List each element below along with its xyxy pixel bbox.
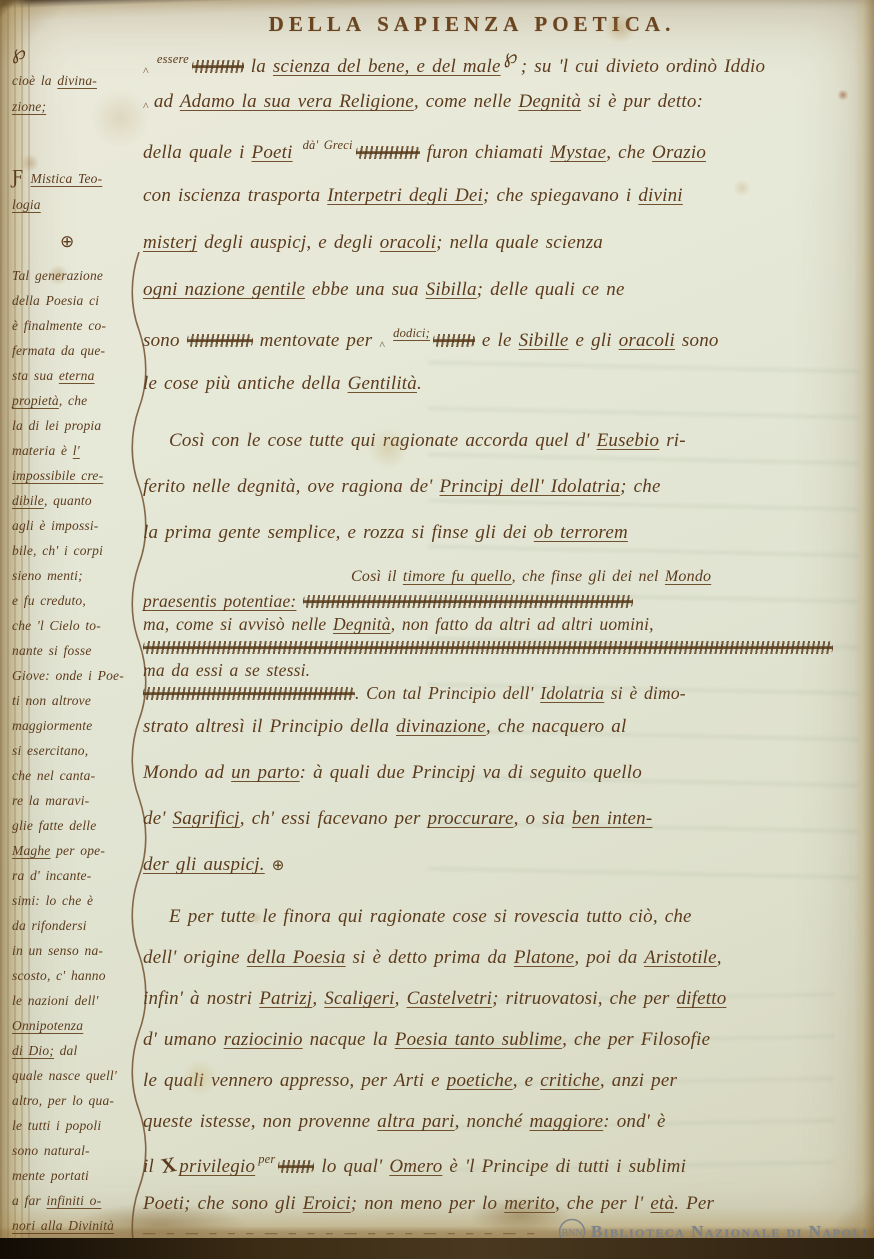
handwritten-text: e fu creduto,: [12, 593, 86, 608]
underlined-text: privilegio: [179, 1156, 255, 1177]
margin-line: fermata da que-: [12, 338, 140, 363]
underlined-text: Idolatria: [540, 683, 604, 703]
underlined-text: misterj: [143, 232, 197, 253]
struck-out-illegible: [143, 641, 833, 654]
underlined-text: l': [73, 443, 80, 458]
handwritten-text: degli auspicj, e degli: [197, 232, 380, 253]
underlined-text: infiniti o-: [46, 1193, 101, 1208]
handwritten-text: cioè la: [12, 73, 57, 88]
handwritten-text: bile, ch' i corpi: [12, 543, 103, 558]
underlined-text: Principj dell' Idolatria: [439, 476, 620, 497]
handwritten-text: Mondo ad: [143, 762, 231, 783]
paragraph-corrections: Così il timore fu quello, che finse gli …: [143, 568, 865, 706]
handwritten-text: a far: [12, 1193, 46, 1208]
manuscript-line: [143, 637, 865, 660]
handwritten-text: de': [143, 808, 173, 829]
underlined-text: Interpetri degli Dei: [327, 185, 483, 206]
underlined-text: Sibille: [519, 330, 569, 351]
margin-line: Maghe per ope-: [12, 838, 140, 863]
handwritten-text: , anzi per: [600, 1070, 677, 1091]
handwritten-text: ^: [143, 64, 149, 78]
handwritten-text: nante si fosse: [12, 643, 92, 658]
handwritten-text: materia è: [12, 443, 73, 458]
underlined-text: der gli auspicj.: [143, 854, 265, 875]
handwritten-text: , poi da: [574, 947, 644, 968]
handwritten-text: sono natural-: [12, 1143, 90, 1158]
handwritten-text: ^: [379, 338, 385, 352]
handwritten-text: da rifondersi: [12, 918, 87, 933]
handwritten-text: lo qual': [314, 1156, 389, 1177]
underlined-text: eterna: [59, 368, 95, 383]
margin-line: che 'l Cielo to-: [12, 613, 140, 638]
interlinear-insertion: dodici;: [393, 326, 430, 340]
underlined-text: un parto: [231, 762, 300, 783]
manuscript-page: DELLA SAPIENZA POETICA. ℘cioè la divina-…: [0, 0, 874, 1238]
underlined-text: divini: [638, 185, 682, 206]
handwritten-text: e gli: [569, 330, 619, 351]
margin-note-mistica: Ƒ Mistica Teo-logia: [12, 164, 140, 218]
margin-line: che nel canta-: [12, 763, 140, 788]
underlined-text: della Poesia: [247, 947, 346, 968]
manuscript-line: la prima gente semplice, e rozza si fins…: [143, 522, 865, 568]
margin-line: le tutti i popoli: [12, 1113, 140, 1138]
underlined-text: timore fu quello: [403, 568, 512, 585]
manuscript-line: Così con le cose tutte qui ragionate acc…: [143, 430, 865, 476]
manuscript-line: strato altresì il Principio della divina…: [143, 716, 865, 762]
paragraph-principio: strato altresì il Principio della divina…: [143, 716, 865, 900]
margin-line: dibile, quanto: [12, 488, 140, 513]
underlined-text: Mondo: [665, 568, 711, 585]
manuscript-line: le quali vennero appresso, per Arti e po…: [143, 1070, 865, 1111]
handwritten-text: ; che: [620, 476, 660, 497]
manuscript-line: sono mentovate per ^dodici; e le Sibille…: [143, 326, 865, 373]
margin-line: agli è impossi-: [12, 513, 140, 538]
handwritten-text: ; su 'l cui divieto ordinò Iddio: [521, 56, 765, 77]
margin-line: re la maravi-: [12, 788, 140, 813]
handwritten-text: della quale i: [143, 142, 252, 163]
handwritten-text: , che per l': [555, 1193, 650, 1214]
handwritten-text: Tal generazione: [12, 268, 103, 283]
underlined-text: Sagrificj: [173, 808, 240, 829]
underlined-text: proccurare: [428, 808, 514, 829]
handwritten-text: ebbe una sua: [305, 279, 426, 300]
handwritten-text: mentovate per: [253, 330, 380, 351]
handwritten-text: glie fatte delle: [12, 818, 96, 833]
underlined-text: di Dio;: [12, 1043, 54, 1058]
handwritten-text: [293, 142, 300, 163]
handwritten-text: fermata da que-: [12, 343, 105, 358]
struck-out-illegible: [356, 146, 420, 159]
handwritten-text: che 'l Cielo to-: [12, 618, 101, 633]
handwritten-text: ^: [143, 99, 149, 113]
underlined-text: Maghe: [12, 843, 51, 858]
handwritten-text: sta sua: [12, 368, 59, 383]
margin-column: ℘cioè la divina-zione; Ƒ Mistica Teo-log…: [12, 40, 140, 1238]
underlined-text: ogni nazione gentile: [143, 279, 305, 300]
underlined-text: maggiore: [529, 1111, 603, 1132]
underlined-text: Mistica Teo-: [31, 171, 103, 186]
margin-line: nante si fosse: [12, 638, 140, 663]
manuscript-line: con iscienza trasporta Interpetri degli …: [143, 185, 865, 232]
handwritten-text: , che nacquero al: [486, 716, 627, 737]
margin-line: nori alla Divinità: [12, 1213, 140, 1238]
margin-line: mente portati: [12, 1163, 140, 1188]
struck-out-illegible: [433, 334, 475, 347]
handwritten-text: E per tutte le finora qui ragionate cose…: [169, 906, 692, 927]
underlined-text: scienza del bene, e del male: [273, 56, 501, 77]
manuscript-line: le cose più antiche della Gentilità.: [143, 373, 865, 420]
margin-line: scosto, c' hanno: [12, 963, 140, 988]
underlined-text: logia: [12, 197, 41, 212]
margin-line: bile, ch' i corpi: [12, 538, 140, 563]
handwritten-text: della Poesia ci: [12, 293, 99, 308]
handwritten-text: ⊕: [272, 856, 285, 874]
margin-line: maggiormente: [12, 713, 140, 738]
handwritten-text: , che: [59, 393, 87, 408]
margin-line: ra d' incante-: [12, 863, 140, 888]
handwritten-text: : à quali due Principj va di seguito que…: [300, 762, 642, 783]
underlined-text: Adamo la sua vera Religione: [180, 91, 414, 112]
handwritten-text: ferito nelle degnità, ove ragiona de': [143, 476, 439, 497]
marginal-mark: ⊕: [12, 230, 140, 255]
handwritten-text: , come nelle: [414, 91, 519, 112]
handwritten-text: ma da essi a se stessi.: [143, 660, 310, 680]
book-edge-band: [0, 1238, 874, 1259]
handwritten-text: ; non meno per lo: [351, 1193, 504, 1214]
handwritten-text: ,: [395, 988, 407, 1009]
manuscript-line: d' umano raziocinio nacque la Poesia tan…: [143, 1029, 865, 1070]
handwritten-text: ti non altrove: [12, 693, 91, 708]
margin-line: è finalmente co-: [12, 313, 140, 338]
handwritten-text: simi: lo che è: [12, 893, 93, 908]
handwritten-text: agli è impossi-: [12, 518, 99, 533]
margin-line: Ƒ Mistica Teo-: [12, 164, 140, 192]
underlined-text: Orazio: [652, 142, 706, 163]
margin-line: zione;: [12, 94, 140, 120]
manuscript-line: praesentis potentiae:: [143, 591, 865, 614]
underlined-text: Poeti: [252, 142, 293, 163]
handwritten-text: ℘: [12, 42, 26, 64]
handwritten-text: ; ritruovatosi, che per: [492, 988, 676, 1009]
margin-line: impossibile cre-: [12, 463, 140, 488]
main-column: ^essere la scienza del bene, e del male℘…: [143, 40, 865, 1258]
manuscript-line: de' Sagrificj, ch' essi facevano per pro…: [143, 808, 865, 854]
underlined-text: ben inten-: [572, 808, 653, 829]
handwritten-text: scosto, c' hanno: [12, 968, 106, 983]
handwritten-text: re la maravi-: [12, 793, 89, 808]
manuscript-line: queste istesse, non provenne altra pari,…: [143, 1111, 865, 1152]
underlined-text: divinazione: [396, 716, 486, 737]
handwritten-text: la di lei propia: [12, 418, 101, 433]
handwritten-text: [296, 591, 303, 611]
underlined-text: zione;: [12, 99, 46, 114]
underlined-text: Gentilità: [348, 373, 417, 394]
handwritten-text: che nel canta-: [12, 768, 95, 783]
manuscript-line: ma da essi a se stessi.: [143, 660, 865, 683]
margin-line: glie fatte delle: [12, 813, 140, 838]
handwritten-text: ad: [154, 91, 180, 112]
underlined-text: poetiche: [447, 1070, 513, 1091]
margin-line: Onnipotenza: [12, 1013, 140, 1038]
handwritten-text: per ope-: [51, 843, 106, 858]
manuscript-line: misterj degli auspicj, e degli oracoli; …: [143, 232, 865, 279]
manuscript-line: ma, come si avvisò nelle Degnità, non fa…: [143, 614, 865, 637]
underlined-text: Aristotile: [644, 947, 717, 968]
underlined-text: difetto: [676, 988, 726, 1009]
handwritten-text: sieno menti;: [12, 568, 83, 583]
margin-line: sono natural-: [12, 1138, 140, 1163]
handwritten-text: , non fatto da altri ad altri uomini,: [391, 614, 654, 634]
handwritten-text: le quali vennero appresso, per Arti e: [143, 1070, 447, 1091]
handwritten-text: queste istesse, non provenne: [143, 1111, 377, 1132]
underlined-text: dibile: [12, 493, 44, 508]
handwritten-text: Poeti; che sono gli: [143, 1193, 303, 1214]
handwritten-text: ℘: [504, 46, 518, 68]
margin-line: propietà, che: [12, 388, 140, 413]
handwritten-text: Così il: [351, 568, 403, 585]
underlined-text: Eusebio: [597, 430, 660, 451]
manuscript-line: Mondo ad un parto: à quali due Principj …: [143, 762, 865, 808]
paragraph-rovescia: E per tutte le finora qui ragionate cose…: [143, 906, 865, 1234]
underlined-text: divina-: [57, 73, 97, 88]
margin-line: in un senso na-: [12, 938, 140, 963]
manuscript-line: ^essere la scienza del bene, e del male℘…: [143, 44, 865, 91]
underlined-text: Scaligeri: [324, 988, 394, 1009]
handwritten-text: ri-: [659, 430, 686, 451]
handwritten-text: furon chiamati: [420, 142, 550, 163]
handwritten-text: si è detto prima da: [346, 947, 514, 968]
handwritten-text: . Per: [674, 1193, 714, 1214]
handwritten-text: ; nella quale scienza: [436, 232, 603, 253]
handwritten-text: in un senso na-: [12, 943, 103, 958]
handwritten-text: ,: [717, 947, 722, 968]
handwritten-text: le tutti i popoli: [12, 1118, 101, 1133]
handwritten-text: si è pur detto:: [581, 91, 703, 112]
margin-line: si esercitano,: [12, 738, 140, 763]
manuscript-line: Così il timore fu quello, che finse gli …: [143, 568, 865, 591]
handwritten-text: ma, come si avvisò nelle: [143, 614, 333, 634]
handwritten-text: con iscienza trasporta: [143, 185, 327, 206]
margin-line: la di lei propia: [12, 413, 140, 438]
handwritten-text: , che per Filosofie: [562, 1029, 710, 1050]
underlined-text: Sibilla: [426, 279, 477, 300]
paragraph-eusebio: Così con le cose tutte qui ragionate acc…: [143, 430, 865, 568]
margin-line: quale nasce quell': [12, 1063, 140, 1088]
underlined-text: critiche: [540, 1070, 600, 1091]
handwritten-text: Ƒ: [12, 166, 31, 188]
handwritten-text: Giove: onde i Poe-: [12, 668, 124, 683]
underlined-text: Degnità: [333, 614, 391, 634]
margin-line: materia è l': [12, 438, 140, 463]
manuscript-line: infin' à nostri Patrizj, Scaligeri, Cast…: [143, 988, 865, 1029]
struck-out-illegible: [192, 60, 244, 73]
handwritten-text: , e: [513, 1070, 540, 1091]
interlinear-insertion: dà' Greci: [303, 138, 353, 152]
margin-note-divination: ℘cioè la divina-zione;: [12, 40, 140, 120]
margin-line: e fu creduto,: [12, 588, 140, 613]
underlined-text: ob terrorem: [534, 522, 628, 543]
underlined-text: raziocinio: [224, 1029, 303, 1050]
margin-line: le nazioni dell': [12, 988, 140, 1013]
handwritten-text: le nazioni dell': [12, 993, 99, 1008]
struck-out-illegible: [143, 687, 355, 700]
handwritten-text: [265, 854, 272, 875]
margin-line: sieno menti;: [12, 563, 140, 588]
handwritten-text: si esercitano,: [12, 743, 88, 758]
manuscript-line: E per tutte le finora qui ragionate cose…: [143, 906, 865, 947]
margin-gloss: Tal generazionedella Poesia ciè finalmen…: [12, 263, 140, 1238]
margin-line: sta sua eterna: [12, 363, 140, 388]
handwritten-text: quale nasce quell': [12, 1068, 117, 1083]
struck-out-illegible: [303, 595, 633, 608]
underlined-text: età: [650, 1193, 674, 1214]
margin-line: a far infiniti o-: [12, 1188, 140, 1213]
margin-line: Tal generazione: [12, 263, 140, 288]
handwritten-text: , ch' essi facevano per: [240, 808, 428, 829]
handwritten-text: la: [244, 56, 273, 77]
handwritten-text: sono: [143, 330, 187, 351]
underlined-text: oracoli: [619, 330, 675, 351]
underlined-text: Onnipotenza: [12, 1018, 83, 1033]
handwritten-text: . Con tal Principio dell': [355, 683, 540, 703]
manuscript-line: il Xprivilegioper lo qual' Omero è 'l Pr…: [143, 1152, 865, 1193]
handwritten-text: mente portati: [12, 1168, 89, 1183]
handwritten-text: la prima gente semplice, e rozza si fins…: [143, 522, 534, 543]
handwritten-text: ,: [312, 988, 324, 1009]
handwritten-text: , o sia: [514, 808, 572, 829]
underlined-text: Patrizj: [259, 988, 312, 1009]
handwritten-text: e le: [475, 330, 519, 351]
struck-out-illegible: [278, 1160, 314, 1173]
underlined-text: Castelvetri: [407, 988, 493, 1009]
manuscript-line: ferito nelle degnità, ove ragiona de' Pr…: [143, 476, 865, 522]
handwritten-text: ; delle quali ce ne: [477, 279, 625, 300]
manuscript-line: der gli auspicj. ⊕: [143, 854, 865, 900]
interlinear-insertion: per: [258, 1152, 275, 1166]
struck-out-illegible: [187, 334, 253, 347]
underlined-text: Degnità: [518, 91, 581, 112]
handwritten-text: d' umano: [143, 1029, 224, 1050]
paragraph-opening: ^essere la scienza del bene, e del male℘…: [143, 44, 865, 420]
handwritten-text: dell' origine: [143, 947, 247, 968]
handwritten-text: , nonché: [455, 1111, 530, 1132]
underlined-text: propietà: [12, 393, 59, 408]
handwritten-text: maggiormente: [12, 718, 92, 733]
page-title: DELLA SAPIENZA POETICA.: [0, 12, 874, 37]
handwritten-text: , che finse gli dei nel: [512, 568, 665, 585]
underlined-text: nori alla Divinità: [12, 1218, 114, 1233]
handwritten-text: è 'l Principe di tutti i sublimi: [442, 1156, 686, 1177]
handwritten-text: : ond' è: [603, 1111, 665, 1132]
handwritten-text: ; che spiegavano i: [483, 185, 638, 206]
underlined-text: praesentis potentiae:: [143, 591, 296, 611]
handwritten-text: X: [159, 1152, 178, 1179]
manuscript-line: della quale i Poeti dà' Greci furon chia…: [143, 138, 865, 185]
underlined-text: Eroici: [303, 1193, 351, 1214]
margin-line: logia: [12, 192, 140, 218]
margin-line: Giove: onde i Poe-: [12, 663, 140, 688]
margin-line: da rifondersi: [12, 913, 140, 938]
underlined-text: Poesia tanto sublime: [395, 1029, 562, 1050]
handwritten-text: sono: [675, 330, 719, 351]
underlined-text: Platone: [514, 947, 575, 968]
handwritten-text: si è dimo-: [604, 683, 686, 703]
underlined-text: Mystae: [550, 142, 606, 163]
handwritten-text: .: [417, 373, 422, 394]
manuscript-line: dell' origine della Poesia si è detto pr…: [143, 947, 865, 988]
handwritten-text: altro, per lo qua-: [12, 1093, 114, 1108]
handwritten-text: , quanto: [44, 493, 92, 508]
manuscript-line: . Con tal Principio dell' Idolatria si è…: [143, 683, 865, 706]
underlined-text: oracoli: [380, 232, 436, 253]
handwritten-text: ra d' incante-: [12, 868, 91, 883]
handwritten-text: le cose più antiche della: [143, 373, 348, 394]
handwritten-text: strato altresì il Principio della: [143, 716, 396, 737]
handwritten-text: il: [143, 1156, 161, 1177]
handwritten-text: dal: [54, 1043, 77, 1058]
underlined-text: altra pari: [377, 1111, 454, 1132]
manuscript-line: ^ad Adamo la sua vera Religione, come ne…: [143, 91, 865, 138]
underlined-text: Omero: [389, 1156, 442, 1177]
underlined-text: merito: [504, 1193, 555, 1214]
handwritten-text: infin' à nostri: [143, 988, 259, 1009]
margin-line: simi: lo che è: [12, 888, 140, 913]
handwritten-text: nacque la: [303, 1029, 395, 1050]
handwritten-text: , che: [606, 142, 652, 163]
interlinear-insertion: essere: [157, 52, 189, 66]
manuscript-scan: { "page": { "title": "DELLA SAPIENZA POE…: [0, 0, 874, 1259]
margin-line: della Poesia ci: [12, 288, 140, 313]
margin-line: altro, per lo qua-: [12, 1088, 140, 1113]
manuscript-line: ogni nazione gentile ebbe una sua Sibill…: [143, 279, 865, 326]
handwritten-text: è finalmente co-: [12, 318, 106, 333]
underlined-text: impossibile cre-: [12, 468, 103, 483]
margin-line: ti non altrove: [12, 688, 140, 713]
margin-line: di Dio; dal: [12, 1038, 140, 1063]
handwritten-text: Così con le cose tutte qui ragionate acc…: [169, 430, 597, 451]
margin-line: cioè la divina-: [12, 68, 140, 94]
margin-line: ℘: [12, 40, 140, 68]
